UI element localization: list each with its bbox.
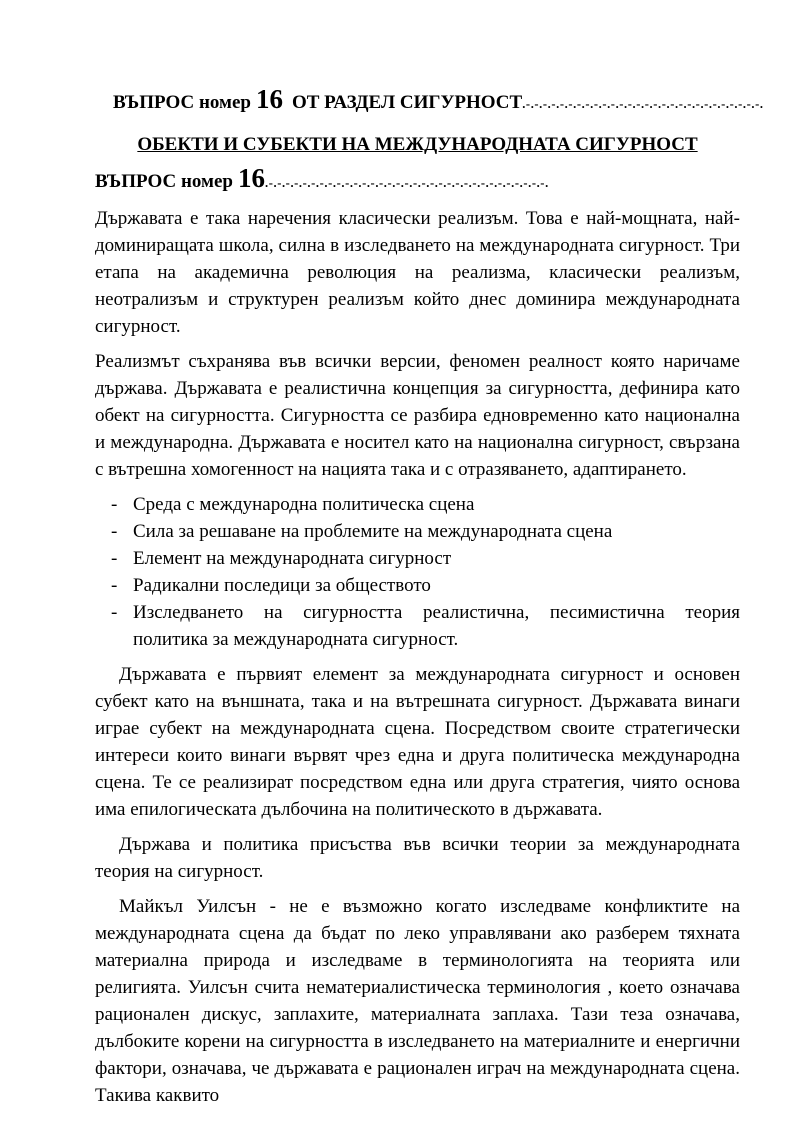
list-item: - Сила за решаване на проблемите на межд…	[95, 518, 740, 545]
document-title: ОБЕКТИ И СУБЕКТИ НА МЕЖДУНАРОДНАТА СИГУР…	[95, 131, 740, 158]
list-item: - Радикални последици за обществото	[95, 572, 740, 599]
list-item-text: Радикални последици за обществото	[133, 572, 740, 599]
dot-dash-leader: .-.-.-.-.-.-.-.-.-.-.-.-.-.-.-.-.-.-.-.-…	[265, 176, 549, 190]
dash-bullet: -	[111, 599, 133, 626]
paragraph-state-and-politics: Държава и политика присъства във всички …	[95, 831, 740, 885]
bullet-list: - Среда с международна политическа сцена…	[95, 491, 740, 653]
dash-bullet: -	[111, 518, 133, 545]
list-item-text: Среда с международна политическа сцена	[133, 491, 740, 518]
list-item-text: Изследването на сигурността реалистична,…	[133, 599, 740, 653]
paragraph-realism-state: Реализмът съхранява във всички версии, ф…	[95, 348, 740, 483]
question-heading-repeat: ВЪПРОС номер16.-.-.-.-.-.-.-.-.-.-.-.-.-…	[95, 165, 740, 197]
question-heading-top: ВЪПРОС номер16ОТ РАЗДЕЛ СИГУРНОСТ.-.-.-.…	[95, 86, 740, 118]
question-heading-label: ВЪПРОС номер	[113, 92, 251, 113]
dot-dash-leader: .-.-.-.-.-.-.-.-.-.-.-.-.-.-.-.-.-.-.-.-…	[522, 97, 763, 111]
question-section-label: ОТ РАЗДЕЛ СИГУРНОСТ	[292, 92, 522, 113]
list-item-text: Елемент на международната сигурност	[133, 545, 740, 572]
paragraph-michael-wilson: Майкъл Уилсън - не е възможно когато изс…	[95, 893, 740, 1109]
dash-bullet: -	[111, 572, 133, 599]
dash-bullet: -	[111, 545, 133, 572]
dash-bullet: -	[111, 491, 133, 518]
list-item: - Среда с международна политическа сцена	[95, 491, 740, 518]
question-number: 16	[256, 84, 283, 114]
paragraph-state-first-element: Държавата е първият елемент за междунаро…	[95, 661, 740, 823]
list-item: - Изследването на сигурността реалистичн…	[95, 599, 740, 653]
question-heading-label: ВЪПРОС номер	[95, 171, 233, 192]
document-page: ВЪПРОС номер16ОТ РАЗДЕЛ СИГУРНОСТ.-.-.-.…	[0, 0, 800, 1132]
question-number: 16	[238, 163, 265, 193]
list-item-text: Сила за решаване на проблемите на междун…	[133, 518, 740, 545]
list-item: - Елемент на международната сигурност	[95, 545, 740, 572]
paragraph-realism-intro: Държавата е така наречения класически ре…	[95, 205, 740, 340]
